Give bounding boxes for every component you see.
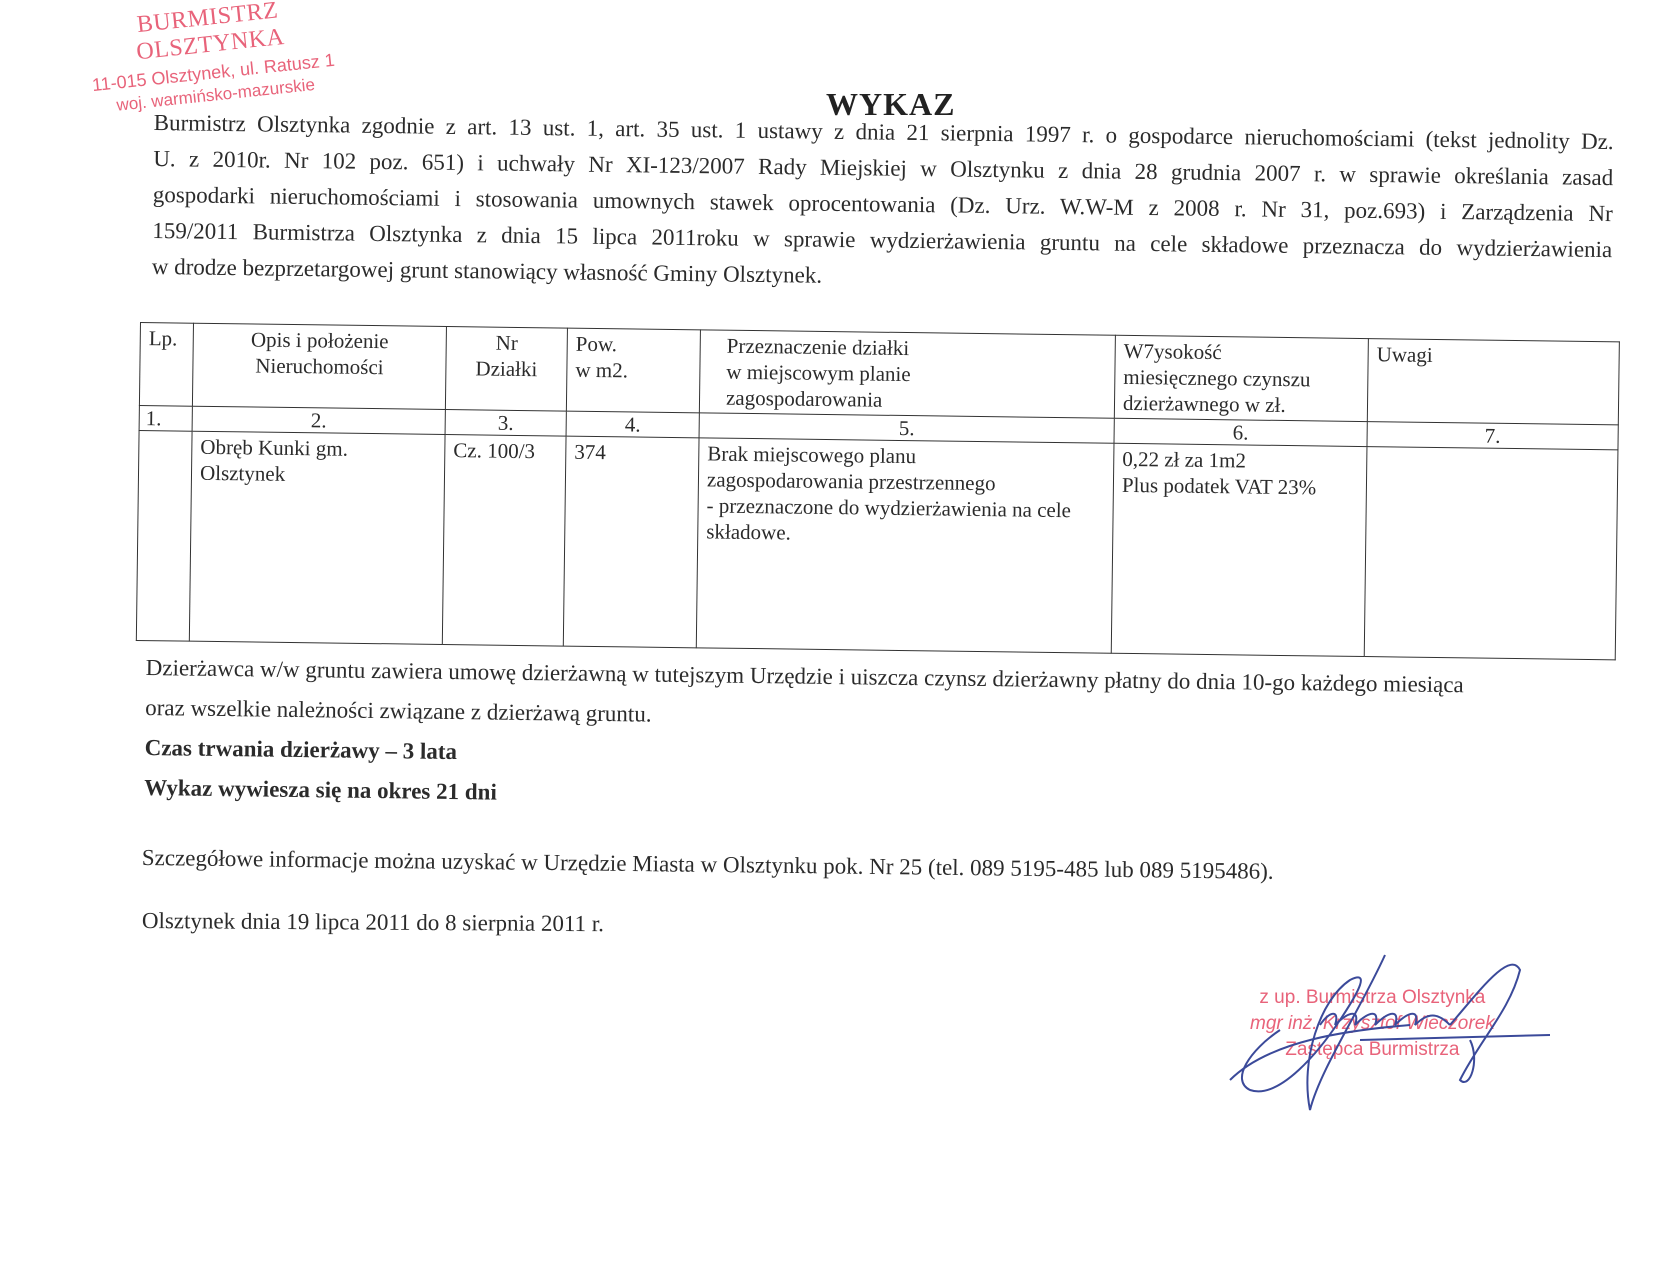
col-num: 1. <box>139 405 192 431</box>
table-row: Obręb Kunki gm. Olsztynek Cz. 100/3 374 … <box>136 430 1618 659</box>
terms-section: Dzierżawca w/w gruntu zawiera umowę dzie… <box>144 648 1606 827</box>
col-num: 7. <box>1367 422 1618 450</box>
cell-lp <box>136 430 192 641</box>
handwritten-signature-icon <box>1210 930 1590 1130</box>
cell-czynsz: 0,22 zł za 1m2 Plus podatek VAT 23% <box>1111 443 1367 656</box>
header-pow: Pow. w m2. <box>566 328 700 413</box>
header-lp: Lp. <box>139 323 193 407</box>
header-opis: Opis i położenie Nieruchomości <box>192 323 446 409</box>
header-przeznaczenie: Przeznaczenie działki w miejscowym plani… <box>699 330 1115 418</box>
header-nr-dzialki: Nr Działki <box>445 327 567 412</box>
header-uwagi: Uwagi <box>1367 339 1619 425</box>
cell-przeznaczenie: Brak miejscowego planu zagospodarowania … <box>696 438 1114 653</box>
date-line: Olsztynek dnia 19 lipca 2011 do 8 sierpn… <box>142 908 604 937</box>
office-stamp: BURMISTRZ OLSZTYNKA 11-015 Olsztynek, ul… <box>62 0 361 120</box>
lease-duration: Czas trwania dzierżawy – 3 lata <box>145 735 458 764</box>
col-num: 4. <box>566 411 699 438</box>
col-num: 6. <box>1114 418 1367 446</box>
cell-nr-dzialki: Cz. 100/3 <box>442 435 566 647</box>
cell-pow: 374 <box>563 436 699 648</box>
col-num: 2. <box>192 406 445 434</box>
col-num: 3. <box>445 410 566 437</box>
posting-period: Wykaz wywiesza się na okres 21 dni <box>144 775 497 805</box>
contact-info: Szczegółowe informacje można uzyskać w U… <box>142 845 1274 885</box>
header-czynsz: W7ysokość miesięcznego czynszu dzierżawn… <box>1114 335 1368 421</box>
intro-paragraph: Burmistrz Olsztynka zgodnie z art. 13 us… <box>152 105 1614 304</box>
cell-uwagi <box>1364 447 1618 660</box>
property-table: Lp. Opis i położenie Nieruchomości Nr Dz… <box>136 322 1620 660</box>
cell-opis: Obręb Kunki gm. Olsztynek <box>189 431 445 644</box>
